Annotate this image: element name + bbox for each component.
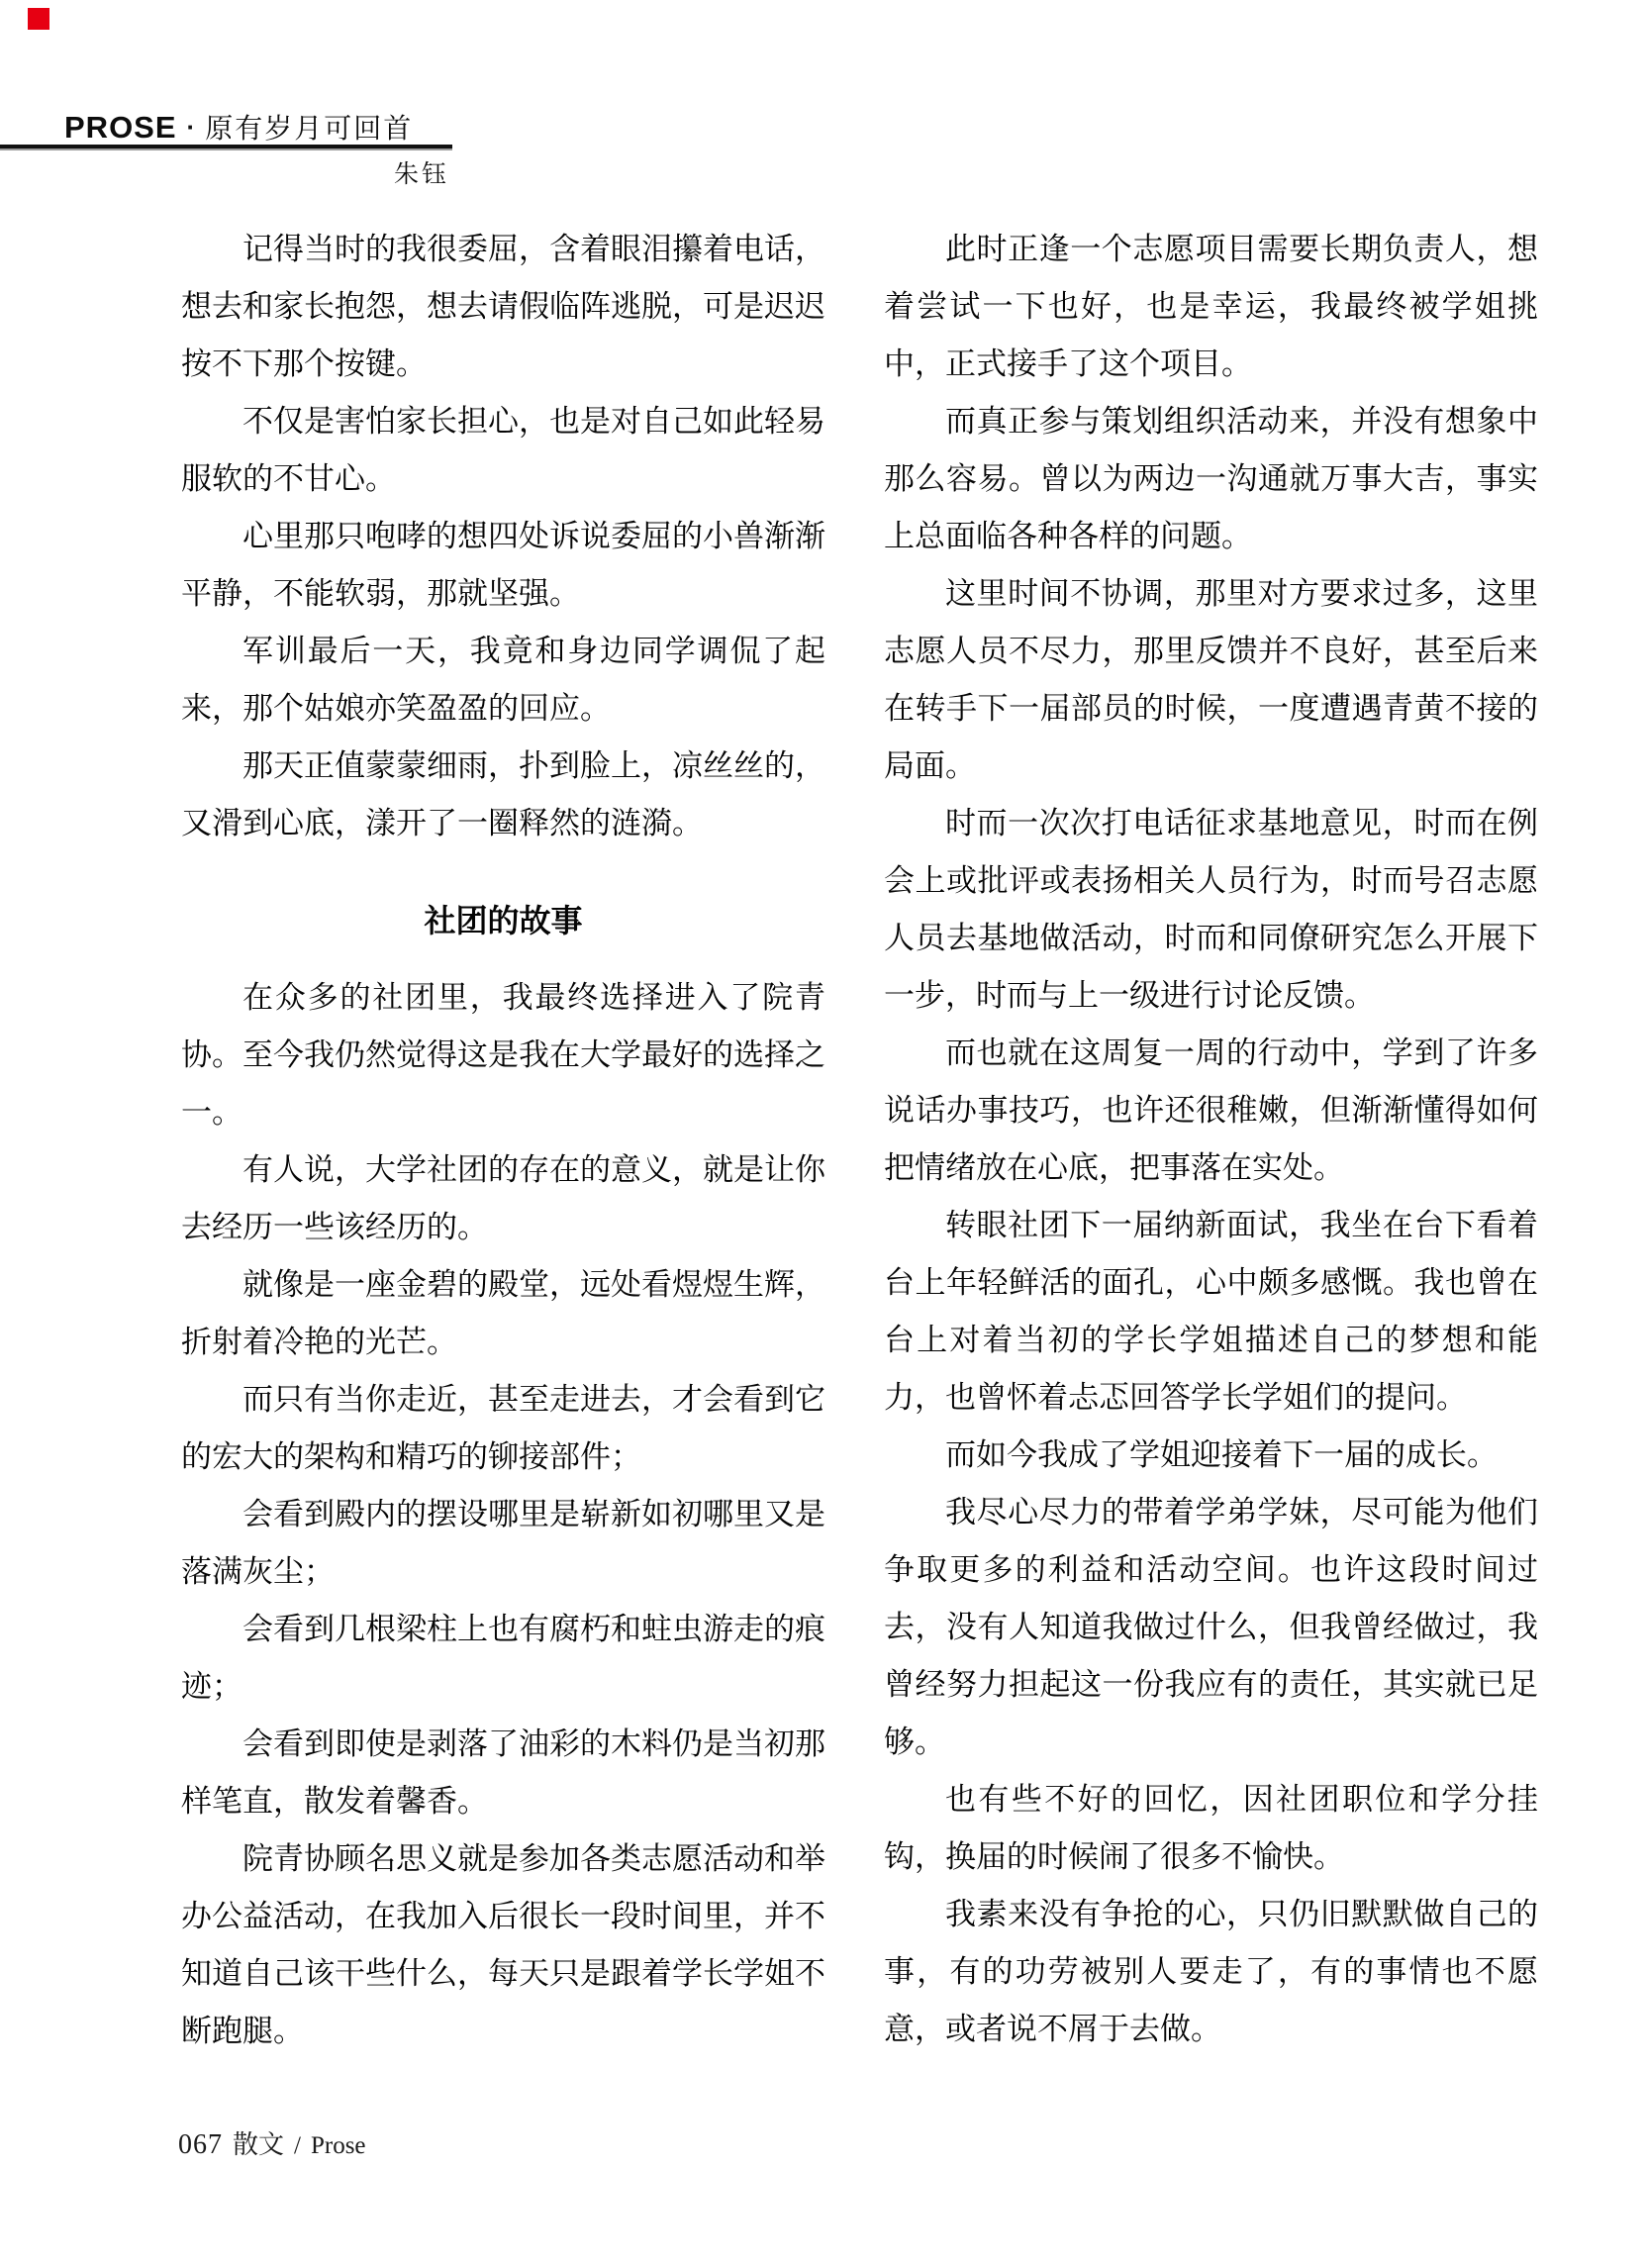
page-header: PROSE · 原有岁月可回首 (64, 107, 413, 147)
paragraph: 心里那只咆哮的想四处诉说委屈的小兽渐渐平静，不能软弱，那就坚强。 (181, 508, 825, 623)
page-number: 067 (178, 2129, 223, 2161)
left-column-bottom-paragraphs: 在众多的社团里，我最终选择进入了院青协。至今我仍然觉得这是我在大学最好的选择之一… (181, 969, 825, 2060)
paragraph: 而真正参与策划组织活动来，并没有想象中那么容易。曾以为两边一沟通就万事大吉，事实… (884, 393, 1538, 565)
paragraph: 也有些不好的回忆，因社团职位和学分挂钩，换届的时候闹了很多不愉快。 (884, 1771, 1538, 1886)
column-section-title: 原有岁月可回首 (205, 107, 413, 147)
header-separator-dot: · (187, 112, 196, 143)
paragraph: 我尽心尽力的带着学弟学妹，尽可能为他们争取更多的利益和活动空间。也许这段时间过去… (884, 1484, 1538, 1771)
paragraph: 就像是一座金碧的殿堂，远处看煜煜生辉，折射着冷艳的光芒。 (181, 1256, 825, 1371)
paragraph: 有人说，大学社团的存在的意义，就是让你去经历一些该经历的。 (181, 1141, 825, 1256)
paragraph: 会看到即使是剥落了油彩的木料仍是当初那样笔直，散发着馨香。 (181, 1716, 825, 1830)
paragraph: 此时正逢一个志愿项目需要长期负责人，想着尝试一下也好，也是幸运，我最终被学姐挑中… (884, 221, 1538, 393)
paragraph: 不仅是害怕家长担心，也是对自己如此轻易服软的不甘心。 (181, 393, 825, 508)
magazine-name: PROSE (64, 110, 177, 146)
paragraph: 军训最后一天，我竟和身边同学调侃了起来，那个姑娘亦笑盈盈的回应。 (181, 623, 825, 738)
magazine-page: PROSE · 原有岁月可回首 朱钰 记得当时的我很委屈，含着眼泪攥着电话，想去… (0, 0, 1646, 2268)
paragraph: 会看到殿内的摆设哪里是崭新如初哪里又是落满灰尘； (181, 1486, 825, 1601)
right-column: 此时正逢一个志愿项目需要长期负责人，想着尝试一下也好，也是幸运，我最终被学姐挑中… (884, 221, 1538, 2060)
footer-section-english: Prose (311, 2132, 366, 2160)
paragraph: 而如今我成了学姐迎接着下一届的成长。 (884, 1427, 1538, 1484)
footer-section-chinese: 散文 (233, 2124, 284, 2161)
paragraph: 在众多的社团里，我最终选择进入了院青协。至今我仍然觉得这是我在大学最好的选择之一… (181, 969, 825, 1141)
section-heading: 社团的故事 (181, 894, 825, 947)
paragraph: 记得当时的我很委屈，含着眼泪攥着电话，想去和家长抱怨，想去请假临阵逃脱，可是迟迟… (181, 221, 825, 393)
page-footer: 067 散文 / Prose (178, 2124, 366, 2161)
right-column-paragraphs: 此时正逢一个志愿项目需要长期负责人，想着尝试一下也好，也是幸运，我最终被学姐挑中… (884, 221, 1538, 2058)
author-name: 朱钰 (394, 154, 449, 190)
paragraph: 我素来没有争抢的心，只仍旧默默做自己的事，有的功劳被别人要走了，有的事情也不愿意… (884, 1886, 1538, 2058)
paragraph: 会看到几根梁柱上也有腐朽和蛀虫游走的痕迹； (181, 1601, 825, 1716)
paragraph: 时而一次次打电话征求基地意见，时而在例会上或批评或表扬相关人员行为，时而号召志愿… (884, 795, 1538, 1025)
left-column: 记得当时的我很委屈，含着眼泪攥着电话，想去和家长抱怨，想去请假临阵逃脱，可是迟迟… (181, 221, 825, 2060)
red-square-marker (28, 8, 49, 30)
article-body: 记得当时的我很委屈，含着眼泪攥着电话，想去和家长抱怨，想去请假临阵逃脱，可是迟迟… (181, 221, 1538, 2060)
paragraph: 而只有当你走近，甚至走进去，才会看到它的宏大的架构和精巧的铆接部件； (181, 1371, 825, 1486)
paragraph: 那天正值蒙蒙细雨，扑到脸上，凉丝丝的，又滑到心底，漾开了一圈释然的涟漪。 (181, 738, 825, 852)
header-rule (0, 145, 452, 148)
paragraph: 院青协顾名思义就是参加各类志愿活动和举办公益活动，在我加入后很长一段时间里，并不… (181, 1830, 825, 2060)
paragraph: 而也就在这周复一周的行动中，学到了许多说话办事技巧，也许还很稚嫩，但渐渐懂得如何… (884, 1025, 1538, 1197)
paragraph: 这里时间不协调，那里对方要求过多，这里志愿人员不尽力，那里反馈并不良好，甚至后来… (884, 565, 1538, 795)
left-column-top-paragraphs: 记得当时的我很委屈，含着眼泪攥着电话，想去和家长抱怨，想去请假临阵逃脱，可是迟迟… (181, 221, 825, 852)
footer-separator: / (294, 2132, 301, 2160)
paragraph: 转眼社团下一届纳新面试，我坐在台下看着台上年轻鲜活的面孔，心中颇多感慨。我也曾在… (884, 1197, 1538, 1427)
